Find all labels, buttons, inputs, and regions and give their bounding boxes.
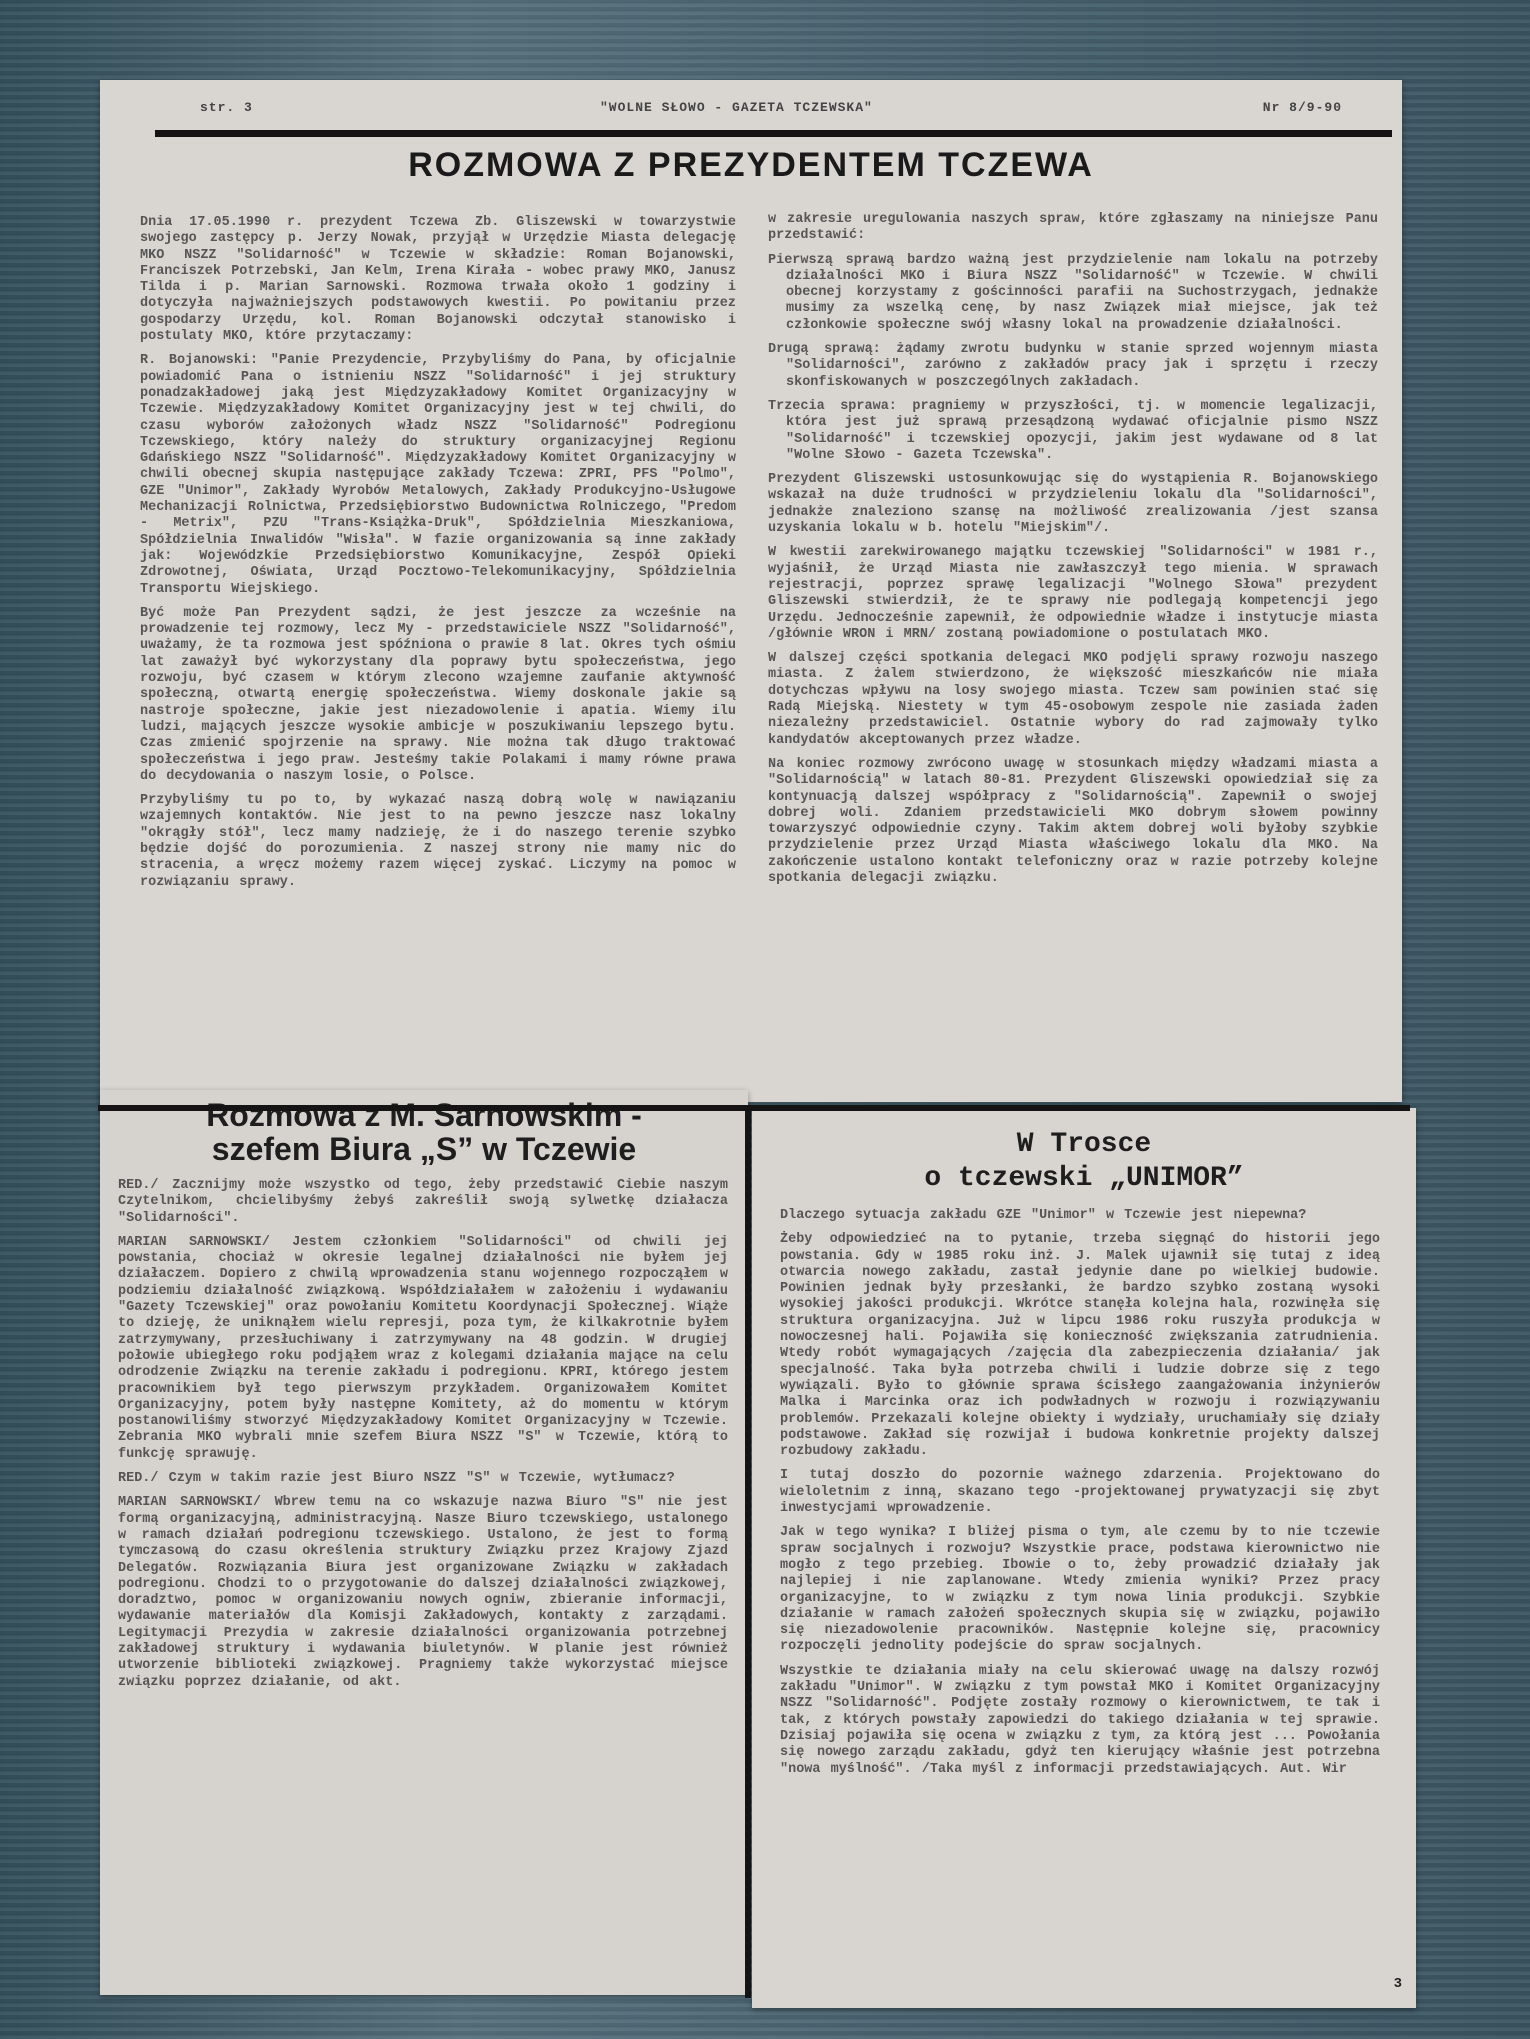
sarnowski-interview-clipping: Rozmowa z M. Sarnowskim - szefem Biura „… bbox=[100, 1090, 748, 1995]
paragraph: RED./ Zacznijmy może wszystko od tego, ż… bbox=[118, 1178, 728, 1227]
title-line: W Trosce bbox=[752, 1128, 1416, 1162]
paragraph: Trzecia sprawa: pragniemy w przyszłości,… bbox=[768, 399, 1378, 464]
paragraph: W dalszej części spotkania delegaci MKO … bbox=[768, 651, 1378, 749]
page-label: str. 3 bbox=[200, 100, 253, 115]
main-article-title: ROZMOWA Z PREZYDENTEM TCZEWA bbox=[100, 146, 1402, 185]
paragraph: Wszystkie te działania miały na celu ski… bbox=[780, 1664, 1380, 1778]
page-number: 3 bbox=[1394, 1976, 1402, 1992]
publication-name: "WOLNE SŁOWO - GAZETA TCZEWSKA" bbox=[600, 100, 873, 115]
unimor-article-body: Dlaczego sytuacja zakładu GZE "Unimor" w… bbox=[780, 1208, 1380, 1998]
paragraph: MARIAN SARNOWSKI/ Wbrew temu na co wskaz… bbox=[118, 1495, 728, 1691]
section-divider-vertical bbox=[745, 1108, 751, 1998]
paragraph: Dnia 17.05.1990 r. prezydent Tczewa Zb. … bbox=[140, 215, 736, 345]
header-rule bbox=[155, 130, 1392, 137]
main-article-right-column: w zakresie uregulowania naszych spraw, k… bbox=[768, 212, 1378, 1092]
title-line: o tczewski „UNIMOR” bbox=[752, 1162, 1416, 1196]
main-article-left-column: Dnia 17.05.1990 r. prezydent Tczewa Zb. … bbox=[140, 215, 736, 1095]
paragraph: Pierwszą sprawą bardzo ważną jest przydz… bbox=[768, 253, 1378, 334]
paragraph: I tutaj doszło do pozornie ważnego zdarz… bbox=[780, 1468, 1380, 1517]
paragraph: w zakresie uregulowania naszych spraw, k… bbox=[768, 212, 1378, 245]
paragraph: Żeby odpowiedzieć na to pytanie, trzeba … bbox=[780, 1232, 1380, 1460]
main-article-clipping: str. 3 "WOLNE SŁOWO - GAZETA TCZEWSKA" N… bbox=[100, 80, 1402, 1102]
title-line: szefem Biura „S” w Tczewie bbox=[100, 1132, 748, 1166]
paragraph: Być może Pan Prezydent sądzi, że jest je… bbox=[140, 606, 736, 785]
paragraph: R. Bojanowski: "Panie Prezydencie, Przyb… bbox=[140, 353, 736, 597]
paragraph: Prezydent Gliszewski ustosunkowując się … bbox=[768, 472, 1378, 537]
sarnowski-article-body: RED./ Zacznijmy może wszystko od tego, ż… bbox=[118, 1178, 728, 1978]
unimor-article-clipping: W Trosce o tczewski „UNIMOR” Dlaczego sy… bbox=[752, 1108, 1416, 2008]
paragraph: W kwestii zarekwirowanego majątku tczews… bbox=[768, 545, 1378, 643]
paragraph: MARIAN SARNOWSKI/ Jestem członkiem "Soli… bbox=[118, 1235, 728, 1463]
paragraph: Jak w tego wynika? I bliżej pisma o tym,… bbox=[780, 1525, 1380, 1655]
issue-number: Nr 8/9-90 bbox=[1263, 100, 1342, 115]
running-header: str. 3 "WOLNE SŁOWO - GAZETA TCZEWSKA" N… bbox=[200, 100, 1362, 124]
unimor-article-title: W Trosce o tczewski „UNIMOR” bbox=[752, 1128, 1416, 1196]
paragraph: RED./ Czym w takim razie jest Biuro NSZZ… bbox=[118, 1471, 728, 1487]
section-divider-horizontal bbox=[98, 1105, 1410, 1111]
title-line: Rozmowa z M. Sarnowskim - bbox=[100, 1098, 748, 1132]
paragraph: Na koniec rozmowy zwrócono uwagę w stosu… bbox=[768, 757, 1378, 887]
paragraph: Dlaczego sytuacja zakładu GZE "Unimor" w… bbox=[780, 1208, 1380, 1224]
paragraph: Drugą sprawą: żądamy zwrotu budynku w st… bbox=[768, 342, 1378, 391]
paragraph: Przybyliśmy tu po to, by wykazać naszą d… bbox=[140, 793, 736, 891]
